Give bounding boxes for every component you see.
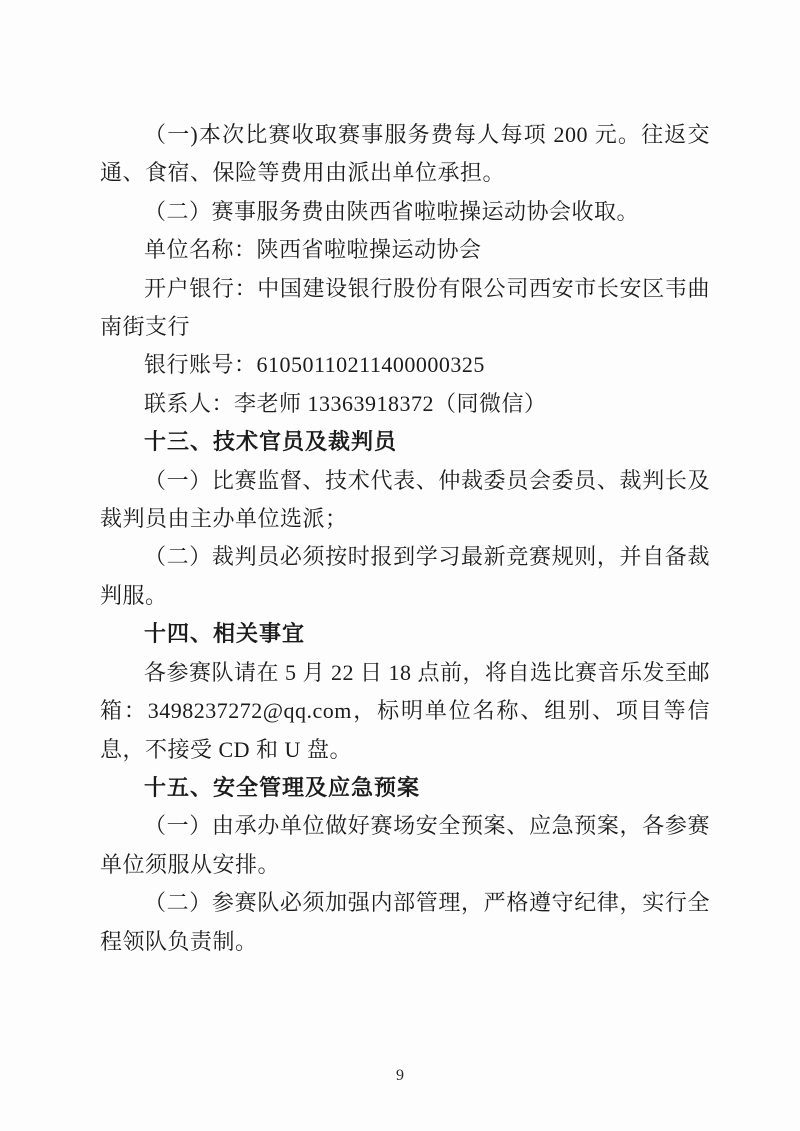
paragraph-fee-collector: （二）赛事服务费由陕西省啦啦操运动协会收取。	[100, 193, 710, 231]
paragraph-bank-account: 银行账号：61050110211400000325	[100, 346, 710, 384]
paragraph-referee-rules: （二）裁判员必须按时报到学习最新竞赛规则，并自备裁判服。	[100, 538, 710, 615]
heading-section-14: 十四、相关事宜	[100, 615, 710, 653]
paragraph-bank-branch: 开户银行：中国建设银行股份有限公司西安市长安区韦曲南街支行	[100, 270, 710, 347]
paragraph-team-discipline: （二）参赛队必须加强内部管理，严格遵守纪律，实行全程领队负责制。	[100, 884, 710, 961]
page-number: 9	[0, 1067, 800, 1085]
document-body: （一)本次比赛收取赛事服务费每人每项 200 元。往返交通、食宿、保险等费用由派…	[100, 116, 710, 961]
document-page: （一)本次比赛收取赛事服务费每人每项 200 元。往返交通、食宿、保险等费用由派…	[0, 0, 800, 1131]
paragraph-contact-person: 联系人：李老师 13363918372（同微信）	[100, 385, 710, 423]
paragraph-fee-amount: （一)本次比赛收取赛事服务费每人每项 200 元。往返交通、食宿、保险等费用由派…	[100, 116, 710, 193]
paragraph-safety-plan: （一）由承办单位做好赛场安全预案、应急预案，各参赛单位须服从安排。	[100, 807, 710, 884]
paragraph-music-submission: 各参赛队请在 5 月 22 日 18 点前，将自选比赛音乐发至邮箱：349823…	[100, 654, 710, 769]
paragraph-officials-selection: （一）比赛监督、技术代表、仲裁委员会委员、裁判长及裁判员由主办单位选派；	[100, 462, 710, 539]
paragraph-account-name: 单位名称：陕西省啦啦操运动协会	[100, 231, 710, 269]
heading-section-13: 十三、技术官员及裁判员	[100, 423, 710, 461]
heading-section-15: 十五、安全管理及应急预案	[100, 769, 710, 807]
